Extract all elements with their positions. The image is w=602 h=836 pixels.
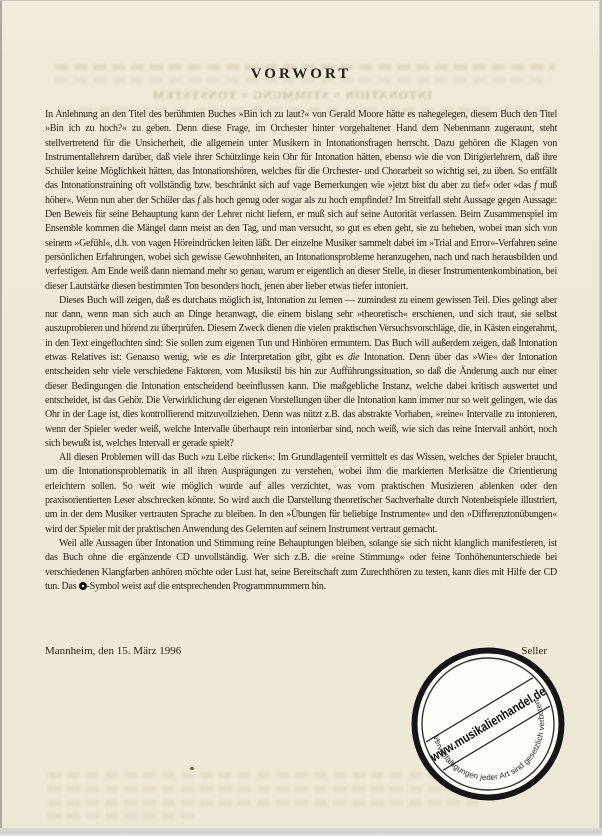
paragraph-1: In Anlehnung an den Titel des berühmten … <box>45 108 557 294</box>
paragraph-text: Intonation. Denn über das »Wie« der Into… <box>45 352 557 449</box>
bleed-through-title: INTONATION = STIMMUNG = TONSYSTEM <box>122 88 462 103</box>
italic-die: die <box>224 352 235 363</box>
scan-edge-top <box>0 0 602 1</box>
italic-die: die <box>348 352 359 363</box>
paragraph-text: All diesen Problemen will das Buch »zu L… <box>45 452 557 534</box>
page-title: VORWORT <box>45 66 557 83</box>
preface-text: In Anlehnung an den Titel des berühmten … <box>45 108 557 594</box>
bleed-through-line <box>48 813 198 819</box>
paragraph-text: Interpretation gibt, gibt es <box>236 352 348 363</box>
paragraph-text: -Symbol weist auf die entsprechenden Pro… <box>87 581 326 592</box>
shop-stamp: www.musikalienhandel.de Vervielfältigung… <box>408 644 568 804</box>
paragraph-2: Dieses Buch will zeigen, daß es durchaus… <box>45 294 557 451</box>
paper-speck <box>190 767 194 770</box>
scanned-page: INTONATION = STIMMUNG = TONSYSTEM VORWOR… <box>0 0 602 836</box>
scan-edge-left <box>0 0 2 836</box>
paragraph-4: Weil alle Aussagen über Intonation und S… <box>45 537 557 594</box>
paragraph-text: als hoch genug oder sogar als zu hoch em… <box>45 195 557 292</box>
paragraph-3: All diesen Problemen will das Buch »zu L… <box>45 451 557 537</box>
cd-symbol <box>79 582 87 590</box>
scan-edge-bottom <box>0 828 602 836</box>
dateline: Mannheim, den 15. März 1996 <box>45 645 181 657</box>
paragraph-text: In Anlehnung an den Titel des berühmten … <box>45 109 557 191</box>
